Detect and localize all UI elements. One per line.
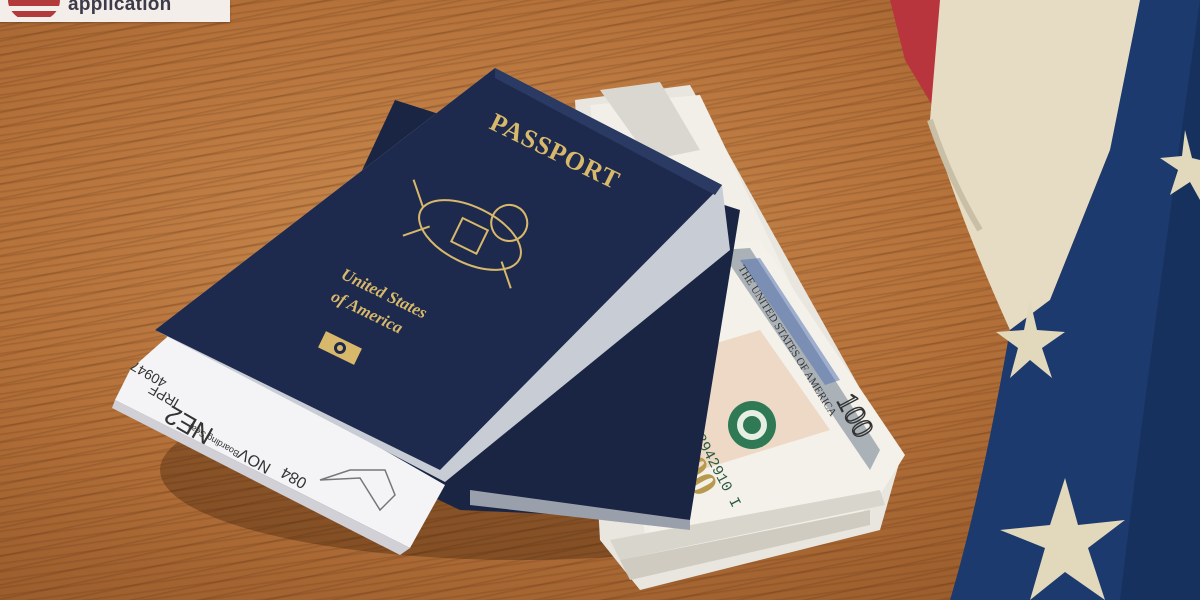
us-flag: [890, 0, 1200, 600]
us-flag-circle-icon: [8, 0, 60, 22]
photo-illustration: LB 28942910 I 100 100 THE UNITED STATES …: [0, 0, 1200, 600]
site-logo-banner[interactable]: application: [0, 0, 230, 22]
brand-text: application: [68, 0, 172, 16]
photo-scene: LB 28942910 I 100 100 THE UNITED STATES …: [0, 0, 1200, 600]
